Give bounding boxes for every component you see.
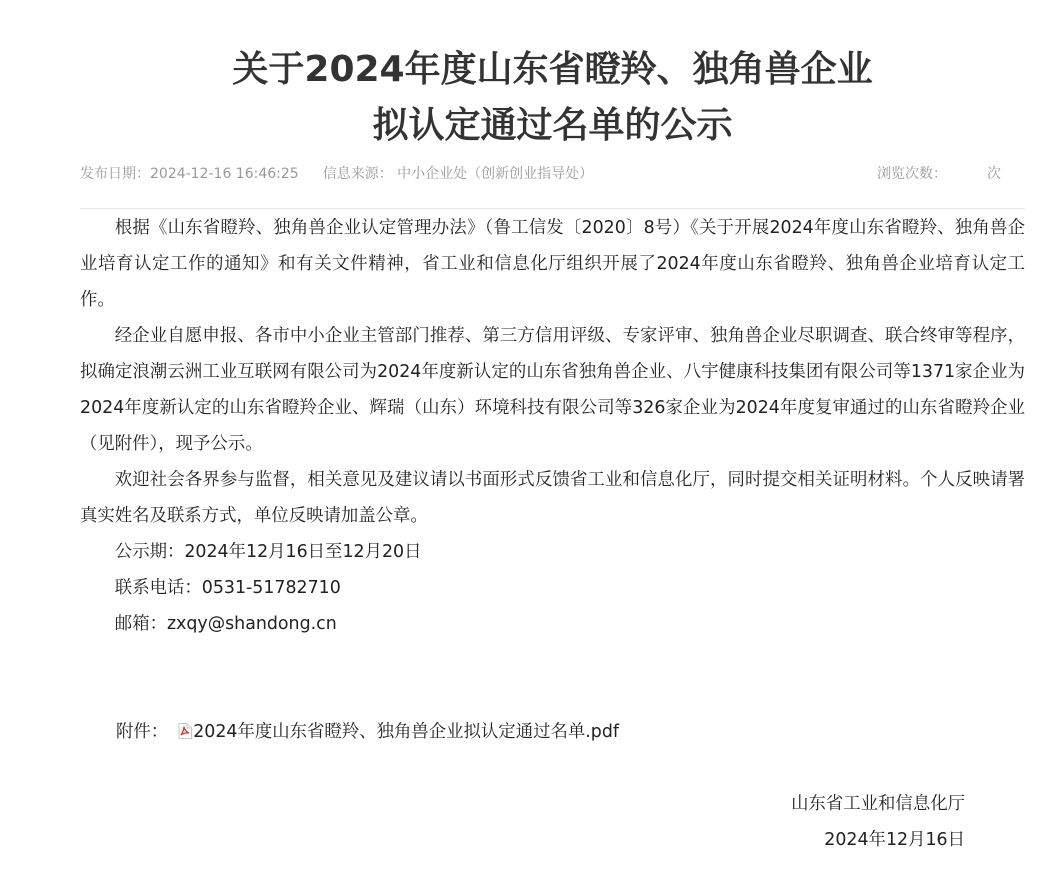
publicity-period: 公示期：2024年12月16日至12月20日 — [80, 534, 1025, 570]
attachment: 附件： 2024年度山东省瞪羚、独角兽企业拟认定通过名单.pdf — [116, 714, 619, 750]
title-line-2: 拟认定通过名单的公示 — [80, 98, 1025, 154]
title-line-1: 关于2024年度山东省瞪羚、独角兽企业 — [80, 42, 1025, 98]
paragraph-procedure: 经企业自愿申报、各市中小企业主管部门推荐、第三方信用评级、专家评审、独角兽企业尽… — [80, 318, 1025, 462]
contact-phone: 联系电话：0531-51782710 — [80, 570, 1025, 606]
article-body: 根据《山东省瞪羚、独角兽企业认定管理办法》（鲁工信发〔2020〕8号）《关于开展… — [80, 210, 1025, 642]
publish-date: 2024-12-16 16:46:25 — [150, 166, 299, 182]
page-title: 关于2024年度山东省瞪羚、独角兽企业 拟认定通过名单的公示 — [80, 0, 1025, 154]
attachment-label: 附件： — [116, 714, 168, 750]
signature-organization: 山东省工业和信息化厅 — [791, 786, 965, 822]
pdf-icon[interactable] — [178, 716, 192, 732]
meta-divider — [80, 208, 1025, 209]
source-value: 中小企业处（创新创业指导处） — [397, 166, 593, 182]
paragraph-supervision: 欢迎社会各界参与监督，相关意见及建议请以书面形式反馈省工业和信息化厅，同时提交相… — [80, 462, 1025, 534]
views-unit: 次 — [987, 166, 1001, 182]
article: 关于2024年度山东省瞪羚、独角兽企业 拟认定通过名单的公示 发布日期：2024… — [80, 0, 1025, 154]
contact-email: 邮箱：zxqy@shandong.cn — [80, 606, 1025, 642]
signature: 山东省工业和信息化厅 2024年12月16日 — [791, 786, 965, 858]
source-label: 信息来源： — [323, 166, 393, 182]
article-meta: 发布日期：2024-12-16 16:46:25信息来源： 中小企业处（创新创业… — [80, 162, 1025, 186]
attachment-pdf-link[interactable]: 2024年度山东省瞪羚、独角兽企业拟认定通过名单.pdf — [193, 714, 619, 750]
meta-views: 浏览次数：次 — [877, 162, 1001, 186]
signature-date: 2024年12月16日 — [791, 822, 965, 858]
paragraph-basis: 根据《山东省瞪羚、独角兽企业认定管理办法》（鲁工信发〔2020〕8号）《关于开展… — [80, 210, 1025, 318]
publish-date-label: 发布日期： — [80, 166, 150, 182]
meta-left: 发布日期：2024-12-16 16:46:25信息来源： 中小企业处（创新创业… — [80, 162, 593, 186]
views-label: 浏览次数： — [877, 166, 947, 182]
